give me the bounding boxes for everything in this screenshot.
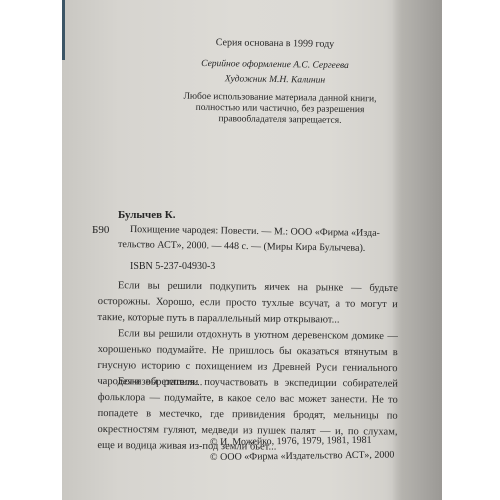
page-left-shadow — [62, 0, 65, 60]
page-edge-shadow — [392, 0, 442, 500]
catalog-isbn: ISBN 5-237-04930-3 — [130, 261, 215, 272]
annotation-text-1: Если вы решили подкупить яичек на рынке … — [97, 278, 397, 329]
copyright-author: © И. Можейко, 1976, 1979, 1981, 1981 — [210, 435, 372, 448]
catalog-index-code: Б90 — [92, 224, 109, 236]
annotation-paragraph-1: Если вы решили подкупить яичек на рынке … — [97, 278, 397, 329]
catalog-author: Булычев К. — [118, 209, 176, 221]
